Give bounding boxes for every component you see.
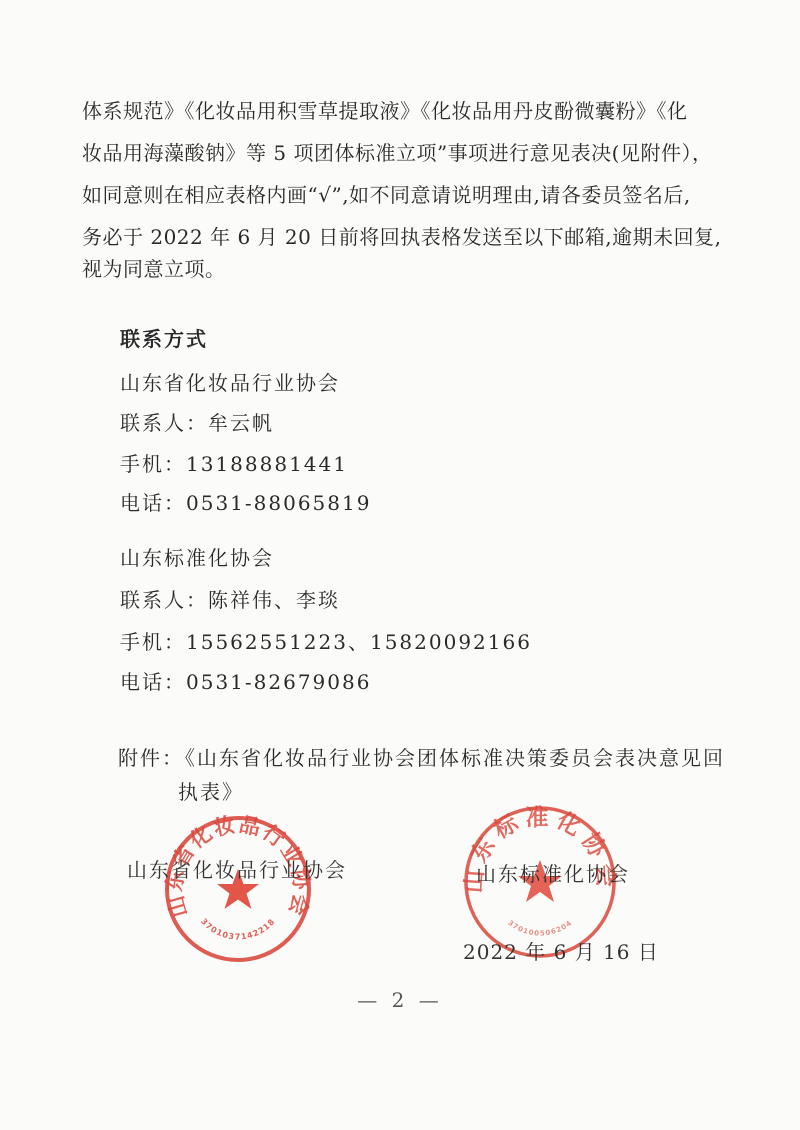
org2-mobile: 手机：15562551223、15820092166: [120, 629, 532, 655]
paragraph-line: 视为同意立项。: [82, 256, 722, 282]
paragraph-line: 如同意则在相应表格内画“√”,如不同意请说明理由,请各委员签名后,: [82, 182, 722, 208]
svg-text:370100506204: 370100506204: [506, 919, 573, 938]
org1-phone: 电话：0531-88065819: [120, 490, 371, 516]
org2-name: 山东标准化协会: [120, 545, 274, 571]
paragraph-line: 体系规范》《化妆品用积雪草提取液》《化妆品用丹皮酚微囊粉》《化: [82, 98, 722, 124]
signature-date: 2022 年 6 月 16 日: [463, 939, 659, 965]
signature-org2: 山东标准化协会: [476, 861, 630, 887]
paragraph-line: 妆品用海藻酸钠》等 5 项团体标准立项”事项进行意见表决(见附件），: [82, 140, 722, 166]
seal-stamp-icon: 山东省化妆品行业协会 3701037142218: [163, 814, 313, 964]
svg-text:3701037142218: 3701037142218: [199, 917, 277, 942]
org1-mobile: 手机：13188881441: [120, 451, 348, 477]
signature-org1: 山东省化妆品行业协会: [127, 857, 347, 883]
org2-phone: 电话：0531-82679086: [120, 669, 371, 695]
contact-heading: 联系方式: [120, 326, 208, 352]
org1-name: 山东省化妆品行业协会: [120, 370, 340, 396]
paragraph-line: 务必于 2022 年 6 月 20 日前将回执表格发送至以下邮箱,逾期未回复,: [82, 224, 722, 250]
org2-contact-person: 联系人：陈祥伟、李琰: [120, 587, 340, 613]
document-page: 体系规范》《化妆品用积雪草提取液》《化妆品用丹皮酚微囊粉》《化 妆品用海藻酸钠》…: [0, 0, 800, 1130]
org1-contact-person: 联系人：牟云帆: [120, 410, 274, 436]
page-number: — 2 —: [0, 988, 800, 1012]
attachment-title: 《山东省化妆品行业协会团体标准决策委员会表决意见回: [175, 745, 725, 771]
attachment-title-cont: 执表》: [178, 779, 244, 805]
